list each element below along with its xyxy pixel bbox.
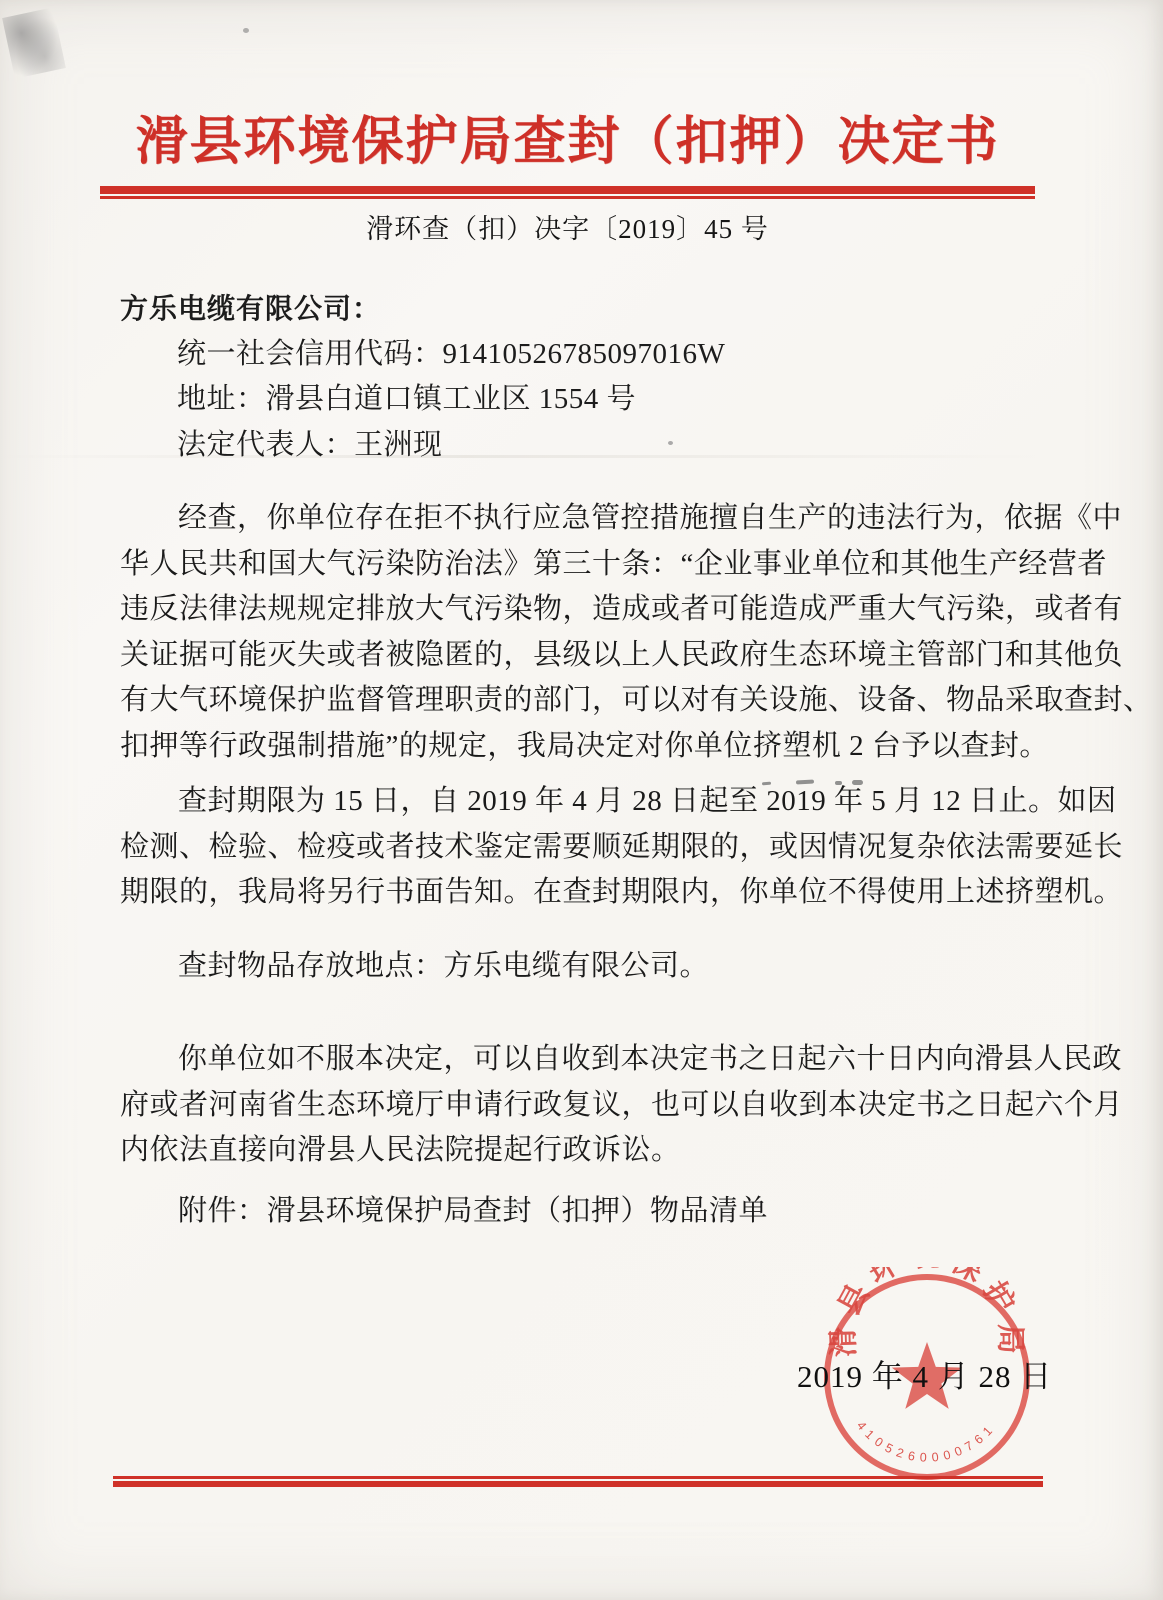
recipient-credit-code: 统一社会信用代码：91410526785097016W (120, 332, 1044, 378)
document-title: 滑县环境保护局查封（扣押）决定书 (100, 99, 1035, 174)
document-date: 2019 年 4 月 28 日 (797, 1351, 1052, 1396)
recipient-legal-representative: 法定代表人：王洲现 (120, 423, 1044, 469)
text-line: 你单位如不服本决定，可以自收到本决定书之日起六十日内向滑县人民政 (120, 1037, 1046, 1083)
paragraph-appeal-rights: 你单位如不服本决定，可以自收到本决定书之日起六十日内向滑县人民政 府或者河南省生… (120, 1037, 1046, 1174)
header-rule-thick (100, 186, 1035, 194)
recipient-name: 方乐电缆有限公司： (120, 286, 1044, 332)
footer-rule-thick (113, 1481, 1043, 1487)
scan-artifact-speck (243, 28, 249, 33)
text-line: 查封物品存放地点：方乐电缆有限公司。 (120, 944, 1046, 990)
text-line: 府或者河南省生态环境厅申请行政复议，也可以自收到本决定书之日起六个月 (120, 1083, 1046, 1129)
text-line: 期限的，我局将另行书面告知。在查封期限内，你单位不得使用上述挤塑机。 (120, 870, 1046, 916)
scanned-document-page: 滑县环境保护局查封（扣押）决定书 滑环查（扣）决字〔2019〕45 号 方乐电缆… (0, 0, 1163, 1600)
footer-rule-thin (113, 1476, 1043, 1479)
attachment-note: 附件：滑县环境保护局查封（扣押）物品清单 (120, 1189, 1046, 1235)
text-line: 华人民共和国大气污染防治法》第三十条：“企业事业单位和其他生产经营者 (120, 542, 1046, 588)
text-line: 内依法直接向滑县人民法院提起行政诉讼。 (120, 1128, 1046, 1174)
seal-number: 4105260000761 (854, 1419, 996, 1465)
scan-artifact-smudge (2, 7, 66, 78)
text-line: 经查，你单位存在拒不执行应急管控措施擅自生产的违法行为，依据《中 (120, 496, 1046, 542)
paragraph-storage-location: 查封物品存放地点：方乐电缆有限公司。 (120, 944, 1046, 990)
document-number: 滑环查（扣）决字〔2019〕45 号 (100, 207, 1035, 246)
text-line: 附件：滑县环境保护局查封（扣押）物品清单 (120, 1189, 1046, 1235)
paragraph-seizure-period: 查封期限为 15 日，自 2019 年 4 月 28 日起至 2019 年 5 … (120, 779, 1046, 916)
paragraph-legal-basis: 经查，你单位存在拒不执行应急管控措施擅自生产的违法行为，依据《中 华人民共和国大… (120, 496, 1046, 769)
text-line: 有大气环境保护监督管理职责的部门，可以对有关设施、设备、物品采取查封、 (120, 678, 1046, 724)
text-line: 违反法律法规规定排放大气污染物，造成或者可能造成严重大气污染，或者有 (120, 587, 1046, 633)
recipient-block: 方乐电缆有限公司： 统一社会信用代码：91410526785097016W 地址… (120, 286, 1044, 468)
text-line: 查封期限为 15 日，自 2019 年 4 月 28 日起至 2019 年 5 … (120, 779, 1046, 825)
header-rule-thin (100, 196, 1035, 199)
text-line: 关证据可能灭失或者被隐匿的，县级以上人民政府生态环境主管部门和其他负 (120, 633, 1046, 679)
text-line: 扣押等行政强制措施”的规定，我局决定对你单位挤塑机 2 台予以查封。 (120, 724, 1046, 770)
text-line: 检测、检验、检疫或者技术鉴定需要顺延期限的，或因情况复杂依法需要延长 (120, 825, 1046, 871)
recipient-address: 地址：滑县白道口镇工业区 1554 号 (120, 377, 1044, 423)
